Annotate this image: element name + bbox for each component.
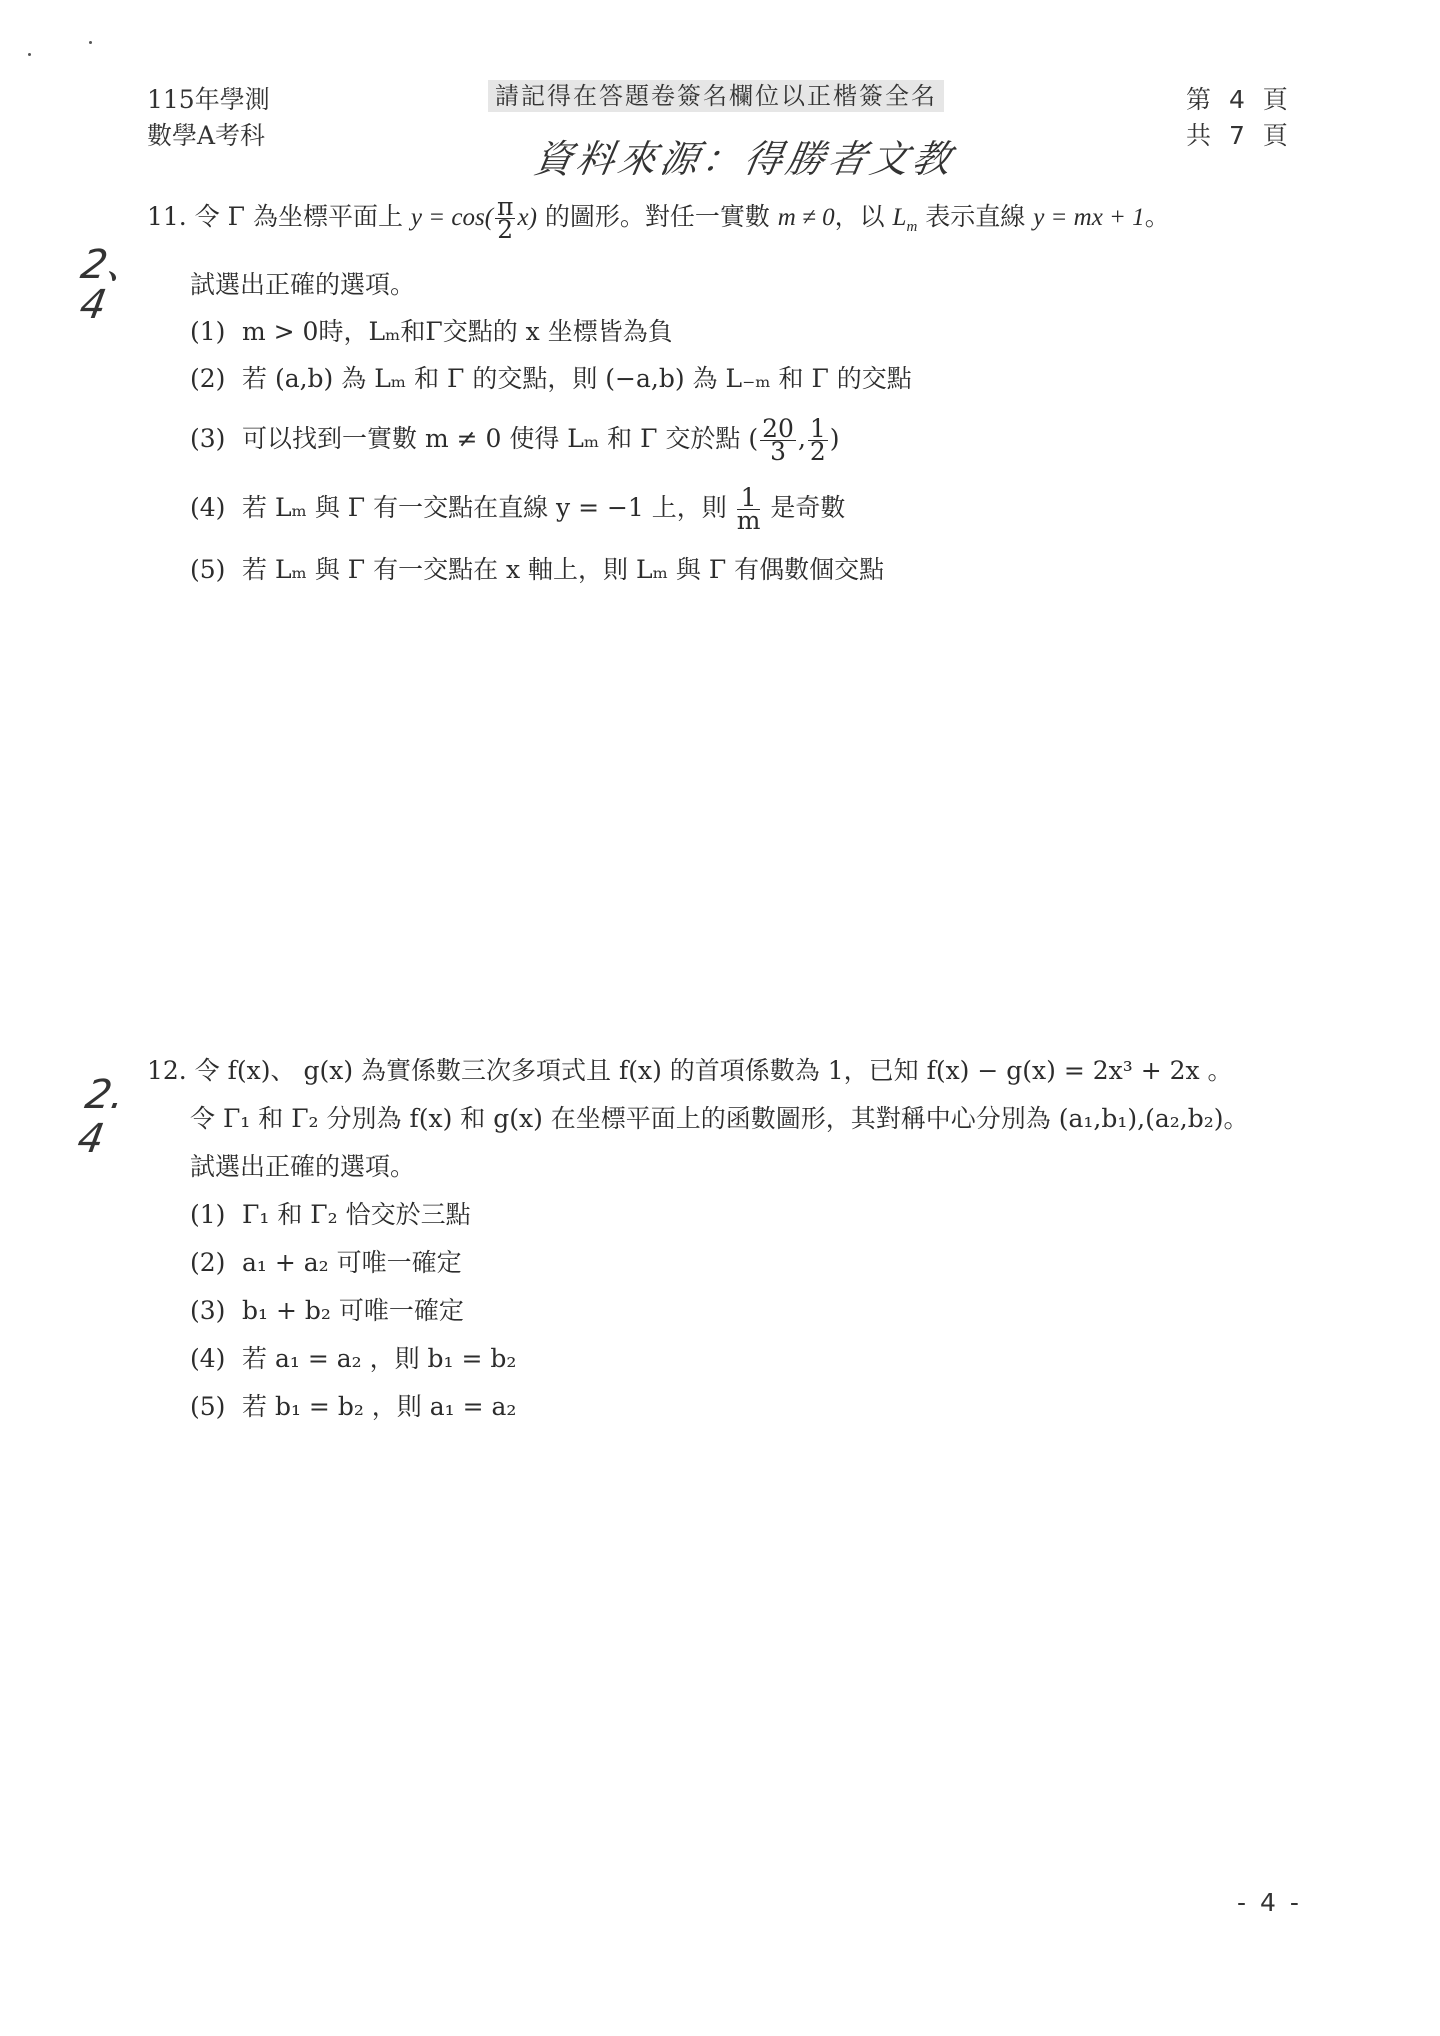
scan-speck bbox=[89, 41, 92, 44]
q12-option-2: (2)a₁ + a₂ 可唯一確定 bbox=[190, 1246, 462, 1280]
q12-instruction: 試選出正確的選項。 bbox=[190, 1150, 415, 1184]
page-number: - 4 - bbox=[1237, 1888, 1299, 1917]
page-total: 共 7 頁 bbox=[1186, 118, 1288, 154]
q11-option-3: (3)可以找到一實數 m ≠ 0 使得 Lₘ 和 Γ 交於點 (203,12) bbox=[190, 418, 840, 463]
frac-1-m: 1m bbox=[737, 487, 761, 532]
q12-stem-line1: 12. 令 f(x)、 g(x) 為實係數三次多項式且 f(x) 的首項係數為 … bbox=[147, 1054, 1233, 1088]
q12-stem-line2: 令 Γ₁ 和 Γ₂ 分別為 f(x) 和 g(x) 在坐標平面上的函數圖形，其對… bbox=[190, 1102, 1249, 1136]
pi-over-2-fraction: π2 bbox=[495, 196, 515, 241]
q11-stem: 11. 令 Γ 為坐標平面上 y = cos(π2x) 的圖形。對任一實數 m … bbox=[147, 196, 1170, 244]
signature-notice: 請記得在答題卷簽名欄位以正楷簽全名 bbox=[488, 80, 944, 112]
q12-option-4: (4)若 a₁ = a₂ ，則 b₁ = b₂ bbox=[190, 1342, 516, 1376]
q11-option-4: (4)若 Lₘ 與 Γ 有一交點在直線 y = −1 上，則 1m 是奇數 bbox=[190, 487, 845, 532]
q11-option-5: (5)若 Lₘ 與 Γ 有一交點在 x 軸上，則 Lₘ 與 Γ 有偶數個交點 bbox=[190, 553, 884, 587]
page-indicator: 第 4 頁 共 7 頁 bbox=[1186, 82, 1288, 154]
frac-20-3: 203 bbox=[760, 418, 796, 463]
q12-option-3: (3)b₁ + b₂ 可唯一確定 bbox=[190, 1294, 464, 1328]
exam-subject: 數學A考科 bbox=[147, 118, 270, 154]
frac-1-2: 12 bbox=[808, 418, 828, 463]
exam-year: 115年學測 bbox=[147, 82, 270, 118]
q11-option-2: (2)若 (a,b) 為 Lₘ 和 Γ 的交點，則 (−a,b) 為 L₋ₘ 和… bbox=[190, 362, 912, 396]
q11-number: 11. bbox=[147, 202, 187, 231]
scan-speck bbox=[28, 53, 31, 56]
q12-option-5: (5)若 b₁ = b₂ ，則 a₁ = a₂ bbox=[190, 1390, 516, 1424]
q11-option-1: (1)m > 0時，Lₘ和Γ交點的 x 坐標皆為負 bbox=[190, 315, 673, 349]
exam-info: 115年學測 數學A考科 bbox=[147, 82, 270, 154]
q11-instruction: 試選出正確的選項。 bbox=[190, 268, 415, 302]
source-note: 資料來源：得勝者文教 bbox=[530, 128, 960, 183]
page-current: 第 4 頁 bbox=[1186, 82, 1288, 118]
q12-handwritten-answer: 2. 4 bbox=[75, 1075, 128, 1159]
q12-number: 12. bbox=[147, 1056, 187, 1085]
q12-option-1: (1)Γ₁ 和 Γ₂ 恰交於三點 bbox=[190, 1198, 471, 1232]
q11-handwritten-answer: 2、 4 bbox=[71, 245, 151, 325]
